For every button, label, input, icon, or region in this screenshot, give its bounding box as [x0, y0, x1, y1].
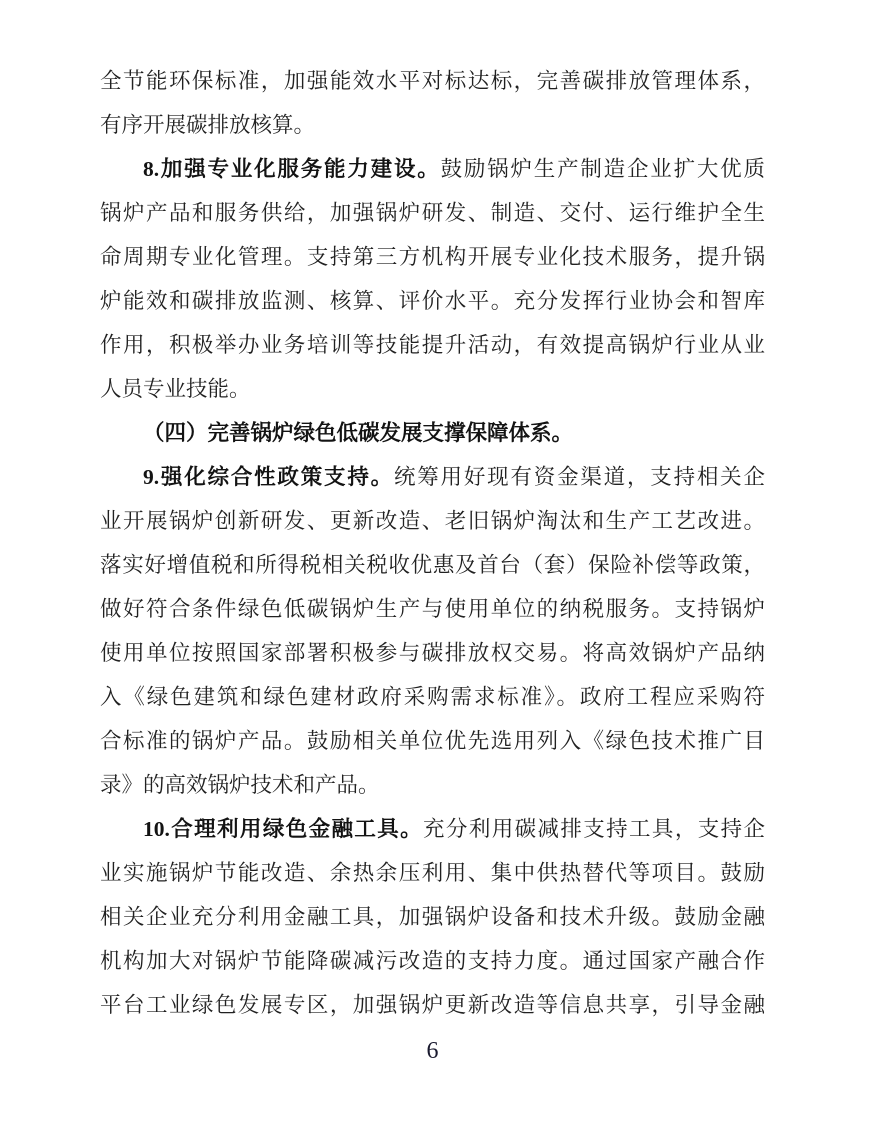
- text-line: 入《绿色建筑和绿色建材政府采购需求标准》。政府工程应采购符: [100, 675, 765, 719]
- text-line: 10.合理利用绿色金融工具。充分利用碳减排支持工具，支持企: [100, 807, 765, 851]
- heading-run: （四）完善锅炉绿色低碳发展支撑保障体系。: [143, 421, 573, 445]
- text-run: 全节能环保标准，加强能效水平对标达标，完善碳排放管理体系，: [100, 69, 765, 93]
- text-line: 业实施锅炉节能改造、余热余压利用、集中供热替代等项目。鼓励: [100, 851, 765, 895]
- text-line: 平台工业绿色发展专区，加强锅炉更新改造等信息共享，引导金融: [100, 983, 765, 1027]
- text-run: 业实施锅炉节能改造、余热余压利用、集中供热替代等项目。鼓励: [100, 861, 765, 885]
- text-line: 录》的高效锅炉技术和产品。: [100, 763, 765, 807]
- text-line: 9.强化综合性政策支持。统筹用好现有资金渠道，支持相关企: [100, 455, 765, 499]
- text-run: 做好符合条件绿色低碳锅炉生产与使用单位的纳税服务。支持锅炉: [100, 597, 765, 621]
- text-run: 有序开展碳排放核算。: [100, 113, 315, 137]
- text-line: 人员专业技能。: [100, 367, 765, 411]
- document-page: 全节能环保标准，加强能效水平对标达标，完善碳排放管理体系，有序开展碳排放核算。8…: [0, 0, 875, 1136]
- text-run: 炉能效和碳排放监测、核算、评价水平。充分发挥行业协会和智库: [100, 289, 765, 313]
- body-text: 全节能环保标准，加强能效水平对标达标，完善碳排放管理体系，有序开展碳排放核算。8…: [100, 59, 765, 1027]
- text-run: 入《绿色建筑和绿色建材政府采购需求标准》。政府工程应采购符: [100, 685, 765, 709]
- text-run: 作用，积极举办业务培训等技能提升活动，有效提高锅炉行业从业: [100, 333, 765, 357]
- text-line: （四）完善锅炉绿色低碳发展支撑保障体系。: [100, 411, 765, 455]
- text-run: 使用单位按照国家部署积极参与碳排放权交易。将高效锅炉产品纳: [100, 641, 765, 665]
- text-run: 锅炉产品和服务供给，加强锅炉研发、制造、交付、运行维护全生: [100, 201, 765, 225]
- text-line: 有序开展碳排放核算。: [100, 103, 765, 147]
- text-line: 作用，积极举办业务培训等技能提升活动，有效提高锅炉行业从业: [100, 323, 765, 367]
- text-line: 合标准的锅炉产品。鼓励相关单位优先选用列入《绿色技术推广目: [100, 719, 765, 763]
- text-run: 充分利用碳减排支持工具，支持企: [423, 817, 765, 841]
- text-line: 命周期专业化管理。支持第三方机构开展专业化技术服务，提升锅: [100, 235, 765, 279]
- text-line: 8.加强专业化服务能力建设。鼓励锅炉生产制造企业扩大优质: [100, 147, 765, 191]
- text-run: 鼓励锅炉生产制造企业扩大优质: [441, 157, 765, 181]
- text-line: 全节能环保标准，加强能效水平对标达标，完善碳排放管理体系，: [100, 59, 765, 103]
- text-run: 统筹用好现有资金渠道，支持相关企: [394, 465, 765, 489]
- text-run: 平台工业绿色发展专区，加强锅炉更新改造等信息共享，引导金融: [100, 993, 765, 1017]
- text-line: 业开展锅炉创新研发、更新改造、老旧锅炉淘汰和生产工艺改进。: [100, 499, 765, 543]
- text-line: 相关企业充分利用金融工具，加强锅炉设备和技术升级。鼓励金融: [100, 895, 765, 939]
- text-run: 人员专业技能。: [100, 377, 251, 401]
- text-run: 落实好增值税和所得税相关税收优惠及首台（套）保险补偿等政策，: [100, 553, 765, 577]
- text-line: 落实好增值税和所得税相关税收优惠及首台（套）保险补偿等政策，: [100, 543, 765, 587]
- page-number: 6: [100, 1036, 765, 1066]
- text-run: 合标准的锅炉产品。鼓励相关单位优先选用列入《绿色技术推广目: [100, 729, 765, 753]
- text-line: 机构加大对锅炉节能降碳减污改造的支持力度。通过国家产融合作: [100, 939, 765, 983]
- heading-run: 8.加强专业化服务能力建设。: [143, 157, 441, 181]
- text-run: 机构加大对锅炉节能降碳减污改造的支持力度。通过国家产融合作: [100, 949, 765, 973]
- text-run: 命周期专业化管理。支持第三方机构开展专业化技术服务，提升锅: [100, 245, 765, 269]
- text-line: 炉能效和碳排放监测、核算、评价水平。充分发挥行业协会和智库: [100, 279, 765, 323]
- text-line: 使用单位按照国家部署积极参与碳排放权交易。将高效锅炉产品纳: [100, 631, 765, 675]
- heading-run: 9.强化综合性政策支持。: [143, 465, 394, 489]
- text-run: 录》的高效锅炉技术和产品。: [100, 773, 380, 797]
- text-run: 业开展锅炉创新研发、更新改造、老旧锅炉淘汰和生产工艺改进。: [100, 509, 765, 533]
- text-line: 锅炉产品和服务供给，加强锅炉研发、制造、交付、运行维护全生: [100, 191, 765, 235]
- text-run: 相关企业充分利用金融工具，加强锅炉设备和技术升级。鼓励金融: [100, 905, 765, 929]
- heading-run: 10.合理利用绿色金融工具。: [143, 817, 423, 841]
- text-line: 做好符合条件绿色低碳锅炉生产与使用单位的纳税服务。支持锅炉: [100, 587, 765, 631]
